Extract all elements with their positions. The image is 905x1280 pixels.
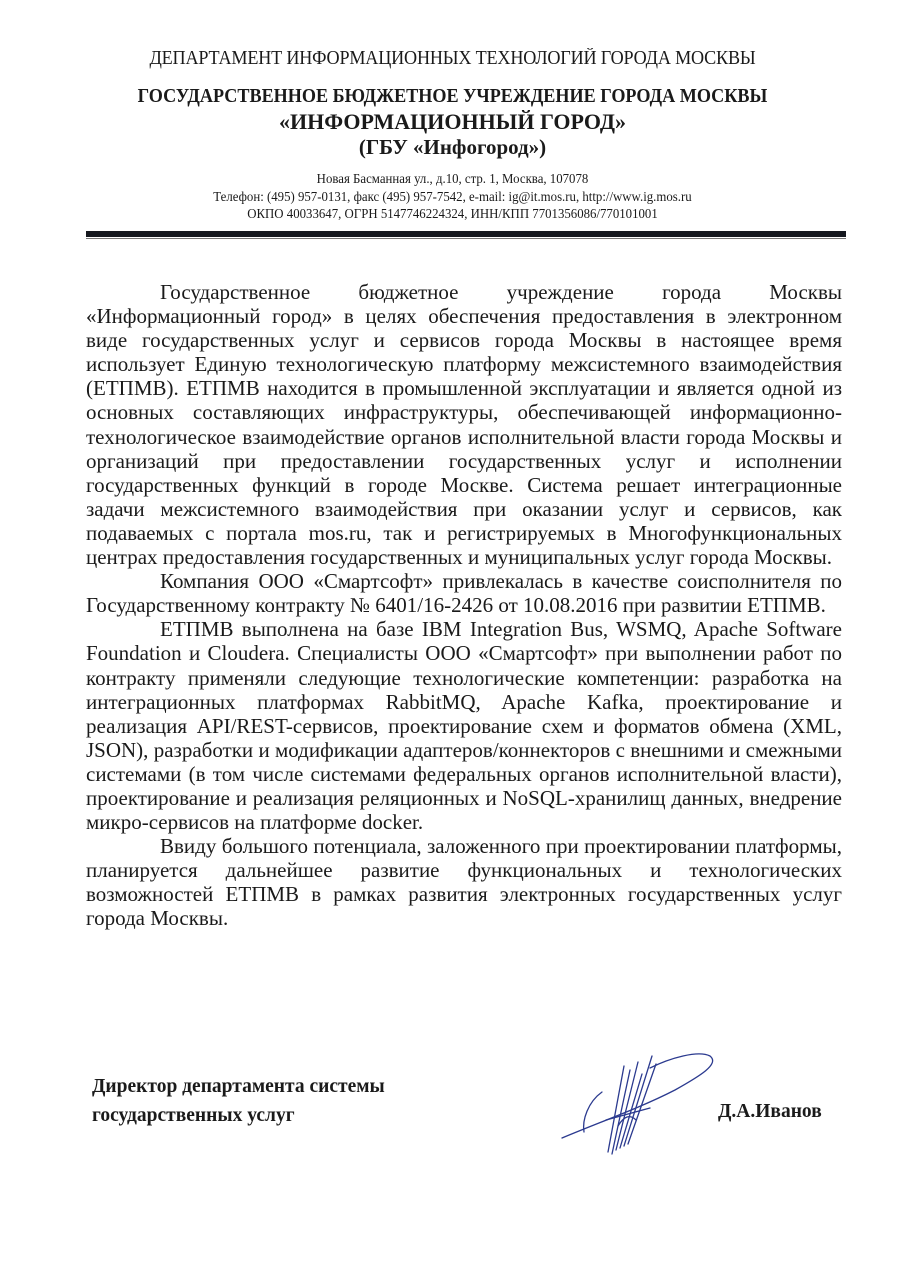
address-line: Новая Басманная ул., д.10, стр. 1, Москв… — [32, 171, 874, 187]
registration-codes: ОКПО 40033647, ОГРН 5147746224324, ИНН/К… — [32, 206, 874, 222]
paragraph-technologies: ЕТПМВ выполнена на базе IBM Integration … — [86, 617, 842, 834]
paragraph-outlook: Ввиду большого потенциала, заложенного п… — [86, 834, 842, 930]
handwritten-signature-icon — [560, 1050, 730, 1160]
letterhead-divider-thin — [86, 238, 846, 239]
signatory-title-line1: Директор департамента системы — [92, 1072, 385, 1101]
signatory-title-line2: государственных услуг — [92, 1101, 385, 1130]
signatory-title: Директор департамента системы государств… — [92, 1072, 385, 1130]
signatory-name: Д.А.Иванов — [718, 1101, 822, 1123]
letterhead-divider — [86, 231, 846, 237]
letter-body: Государственное бюджетное учреждение гор… — [86, 280, 842, 931]
institution-abbreviation: (ГБУ «Инфогород») — [0, 135, 905, 160]
paragraph-contract: Компания ООО «Смартсофт» привлекалась в … — [86, 569, 842, 617]
department-name: ДЕПАРТАМЕНТ ИНФОРМАЦИОННЫХ ТЕХНОЛОГИЙ ГО… — [32, 48, 874, 70]
institution-name: «ИНФОРМАЦИОННЫЙ ГОРОД» — [0, 109, 905, 135]
paragraph-intro: Государственное бюджетное учреждение гор… — [86, 280, 842, 569]
institution-type: ГОСУДАРСТВЕННОЕ БЮДЖЕТНОЕ УЧРЕЖДЕНИЕ ГОР… — [32, 86, 874, 108]
contacts-line: Телефон: (495) 957-0131, факс (495) 957-… — [32, 189, 874, 205]
